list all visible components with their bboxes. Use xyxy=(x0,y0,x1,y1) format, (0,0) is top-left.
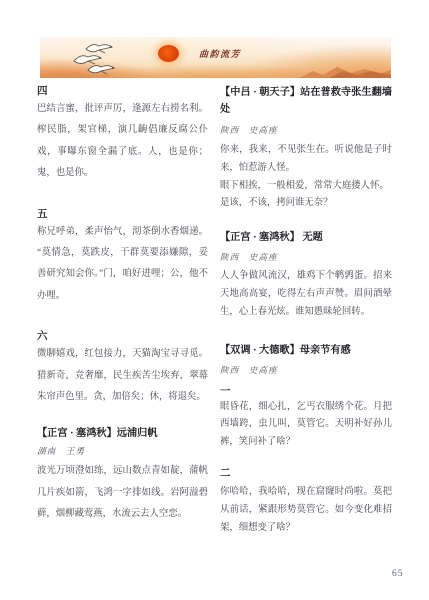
poem-title-yuanpu-guifan: 【正宫 · 塞鸿秋】远浦归帆 xyxy=(37,425,208,442)
mountains-icon xyxy=(299,62,391,78)
poem-author-shigaozuo-2: 陕西 史高座 xyxy=(220,251,392,263)
poem-dadege-section-1-text: 眼昏花，细心扎，乞丐衣服绣个花。月把西墙跨，虫儿叫，莫管它。天明补好孙儿裤，笑问… xyxy=(220,399,392,452)
poem-dadege-section-2-num: 二 xyxy=(220,466,392,481)
banner-title: 曲韵流芳 xyxy=(199,47,241,60)
section-6-text: 微聊嬉戏，红包接力，天猫淘宝寻寻觅。猎新奇，竞奢靡，民生疾苦尘埃弃，翠幕朱帘声色… xyxy=(37,344,208,408)
section-number-5: 五 xyxy=(37,207,208,222)
poem-chaotianzi-para-3: 是该，不该，拷问谁无奈？ xyxy=(220,195,392,213)
poem-author-wangyong: 湖南 王勇 xyxy=(37,445,208,457)
section-number-4: 四 xyxy=(37,84,208,99)
sun-icon xyxy=(158,45,179,62)
header-banner: 曲韵流芳 xyxy=(40,37,391,78)
document-page: 曲韵流芳 四 巴结言蜜，批评声厉，逢源左右捞名利。榨民脂，架官梯，演几齣倡廉反腐… xyxy=(0,0,429,600)
poem-text-yuanpu-guifan: 波光万顷澄如练，远山数点青如靛，蒲帆几片疾如箭，飞鸿一字排如线。岩阿溢碧藓，烟柳… xyxy=(37,461,208,525)
poem-dadege-section-1-num: 一 xyxy=(220,384,392,399)
poem-chaotianzi-para-1: 你来，我来，不见张生在。听说他是子时来，怕惹游人怪。 xyxy=(220,142,392,178)
mountains-left-icon xyxy=(40,68,110,78)
poem-author-shigaozuo-1: 陕西 史高座 xyxy=(220,124,392,136)
poem-chaotianzi-para-2: 眼下相挨，一般相爱，常常大庭搂人怀。 xyxy=(220,178,392,196)
poem-dadege-section-2-text: 你哈哈，我哈哈，现在窟窿时尚啦。莫把从前话，紧跟形势莫管它。如今变化难招架，细想… xyxy=(220,484,392,537)
poem-title-chaotianzi: 【中吕 · 朝天子】站在普救寺张生翻墙处 xyxy=(220,84,392,118)
poem-author-shigaozuo-3: 陕西 史高座 xyxy=(220,364,392,376)
section-4-text: 巴结言蜜，批评声厉，逢源左右捞名利。榨民脂，架官梯，演几齣倡廉反腐公仆戏，事曝东… xyxy=(37,99,208,185)
poem-title-saihongqiu-wuti: 【正宫 · 塞鸿秋】 无题 xyxy=(220,229,392,246)
page-number: 65 xyxy=(392,569,404,579)
section-5-text: 称兄呼弟，柔声怡气，沏茶倒水香烟递。“莫情急，莫跌皮，干群莫要添嫌隙，妥善研究知… xyxy=(37,222,208,308)
poem-text-saihongqiu-wuti: 人人争做风流汉，雄鸡下个鹌鹑蛋。招来天地高高宴，吃得左右声声赞。眉间酒晕生，心上… xyxy=(220,268,392,321)
section-number-6: 六 xyxy=(37,329,208,344)
left-column: 四 巴结言蜜，批评声厉，逢源左右捞名利。榨民脂，架官梯，演几齣倡廉反腐公仆戏，事… xyxy=(37,84,208,526)
right-column: 【中吕 · 朝天子】站在普救寺张生翻墙处 陕西 史高座 你来，我来，不见张生在。… xyxy=(220,84,392,537)
poem-title-dadege: 【双调 · 大德歌】母亲节有感 xyxy=(220,342,392,359)
